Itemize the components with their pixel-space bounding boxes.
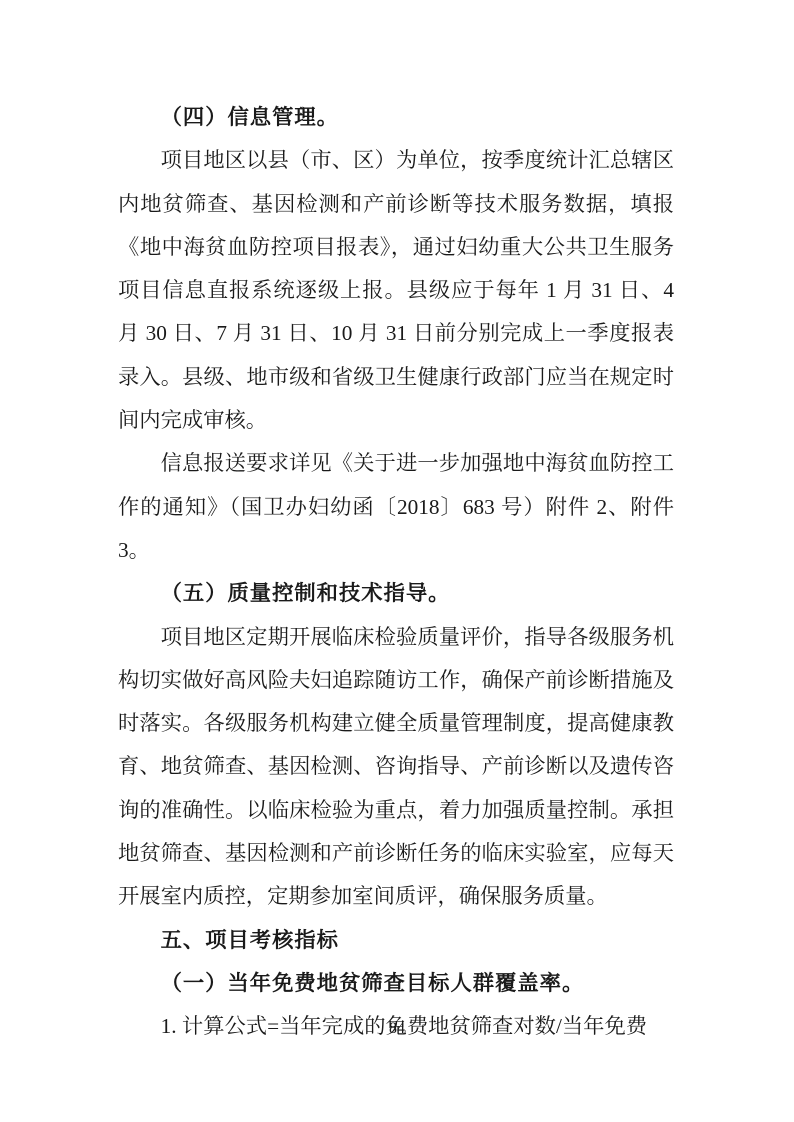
para-quality-control-details: 项目地区定期开展临床检验质量评价，指导各级服务机构切实做好高风险夫妇追踪随访工作… xyxy=(118,616,674,919)
para-info-reporting-requirements: 信息报送要求详见《关于进一步加强地中海贫血防控工作的通知》（国卫办妇幼函〔201… xyxy=(118,442,674,572)
section-heading-quality-control: （五）质量控制和技术指导。 xyxy=(118,572,674,615)
section-heading-info-management: （四）信息管理。 xyxy=(118,96,674,139)
document-page: （四）信息管理。 项目地区以县（市、区）为单位，按季度统计汇总辖区内地贫筛查、基… xyxy=(0,0,794,1122)
page-number: 84 xyxy=(0,1018,794,1040)
section-heading-assessment-indicators: 五、项目考核指标 xyxy=(118,919,674,962)
para-info-reporting-process: 项目地区以县（市、区）为单位，按季度统计汇总辖区内地贫筛查、基因检测和产前诊断等… xyxy=(118,139,674,442)
section-heading-coverage-rate: （一）当年免费地贫筛查目标人群覆盖率。 xyxy=(118,962,674,1005)
document-content: （四）信息管理。 项目地区以县（市、区）为单位，按季度统计汇总辖区内地贫筛查、基… xyxy=(118,96,674,1049)
